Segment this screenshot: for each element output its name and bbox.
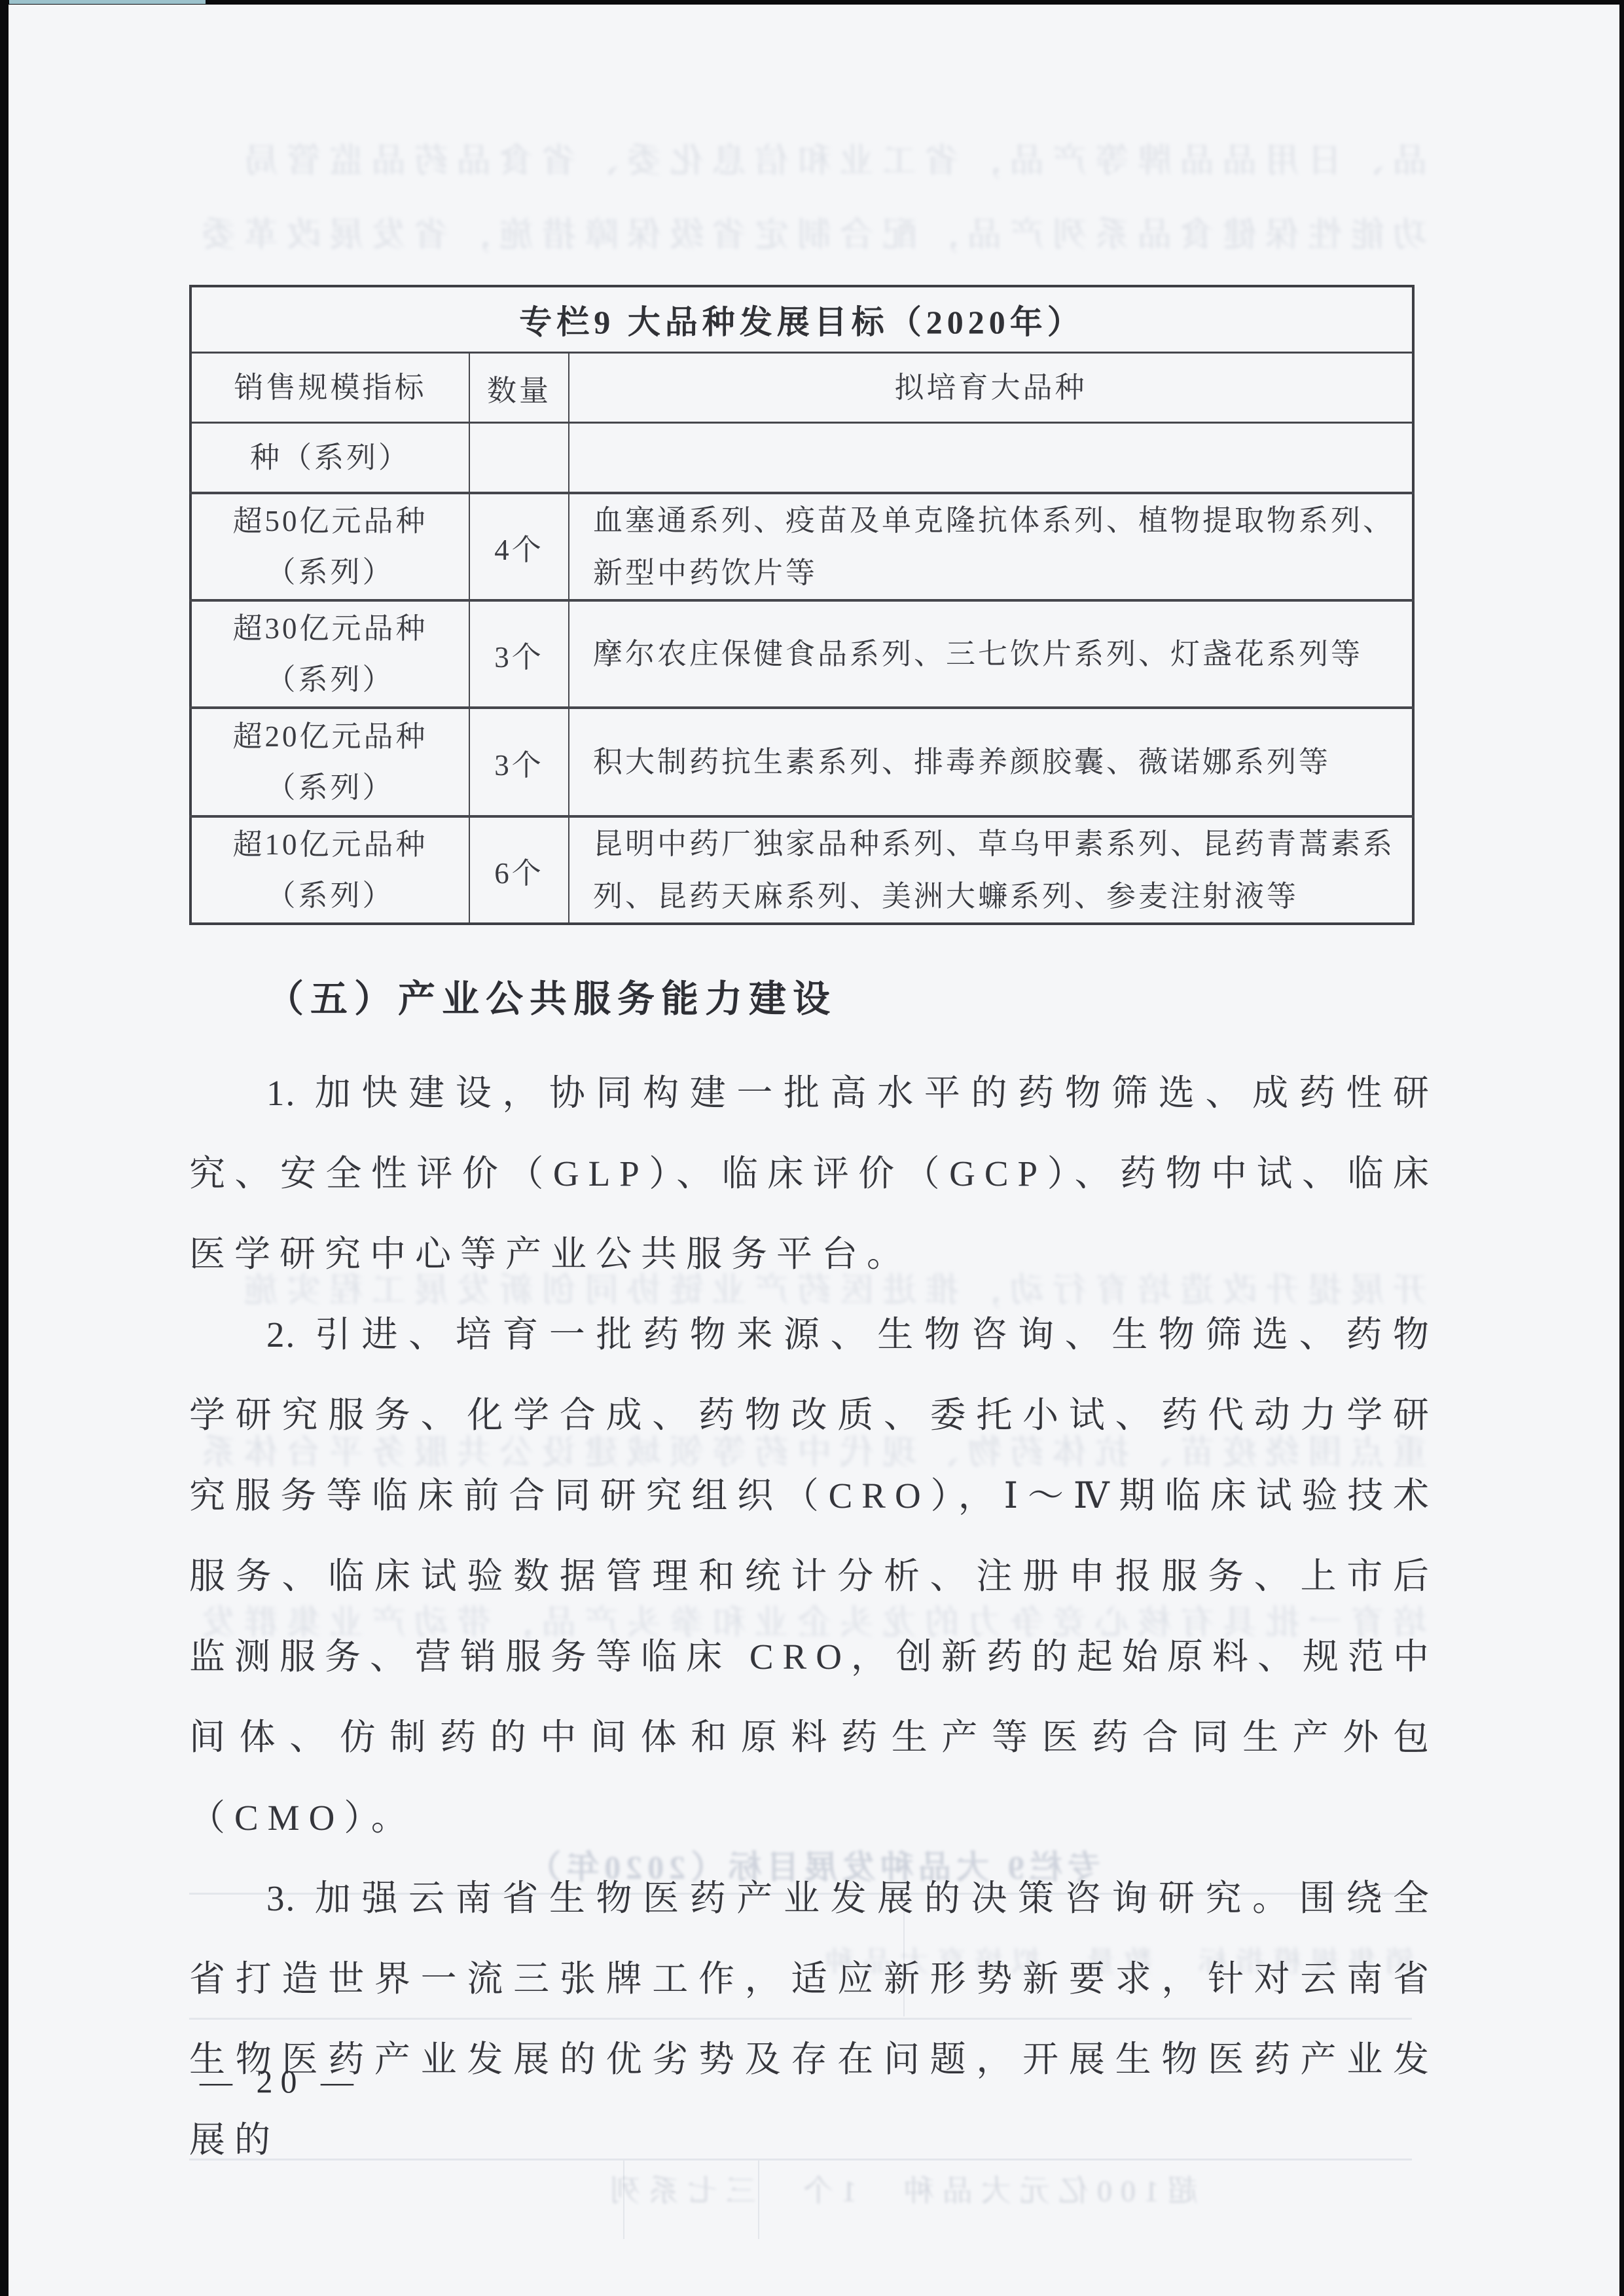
header-sales-scale-indicator: 销售规模指标: [190, 353, 469, 423]
scanned-document-page: 品、日用品品牌等产品，省工业和信息化委、省食品药品监管局 功能性保健食品系列产品…: [0, 0, 1624, 2296]
table-header-row-2: 种（系列）: [190, 423, 1413, 494]
table-row: 超10亿元品种（系列） 6个 昆明中药厂独家品种系列、草乌甲素系列、昆药青蒿素系…: [190, 816, 1413, 924]
page-number-footer: — 20 —: [200, 2062, 361, 2100]
section-heading: （五）产业公共服务能力建设: [189, 977, 1438, 1023]
paragraph-text: 加快建设，协同构建一批高水平的药物筛选、成药性研究、安全性评价（GLP）、临床评…: [189, 1073, 1438, 1274]
cell-varieties: 摩尔农庄保健食品系列、三七饮片系列、灯盏花系列等: [569, 600, 1413, 708]
header-empty-cell: [569, 423, 1413, 494]
cell-count: 3个: [469, 600, 569, 708]
header-series-label: 种（系列）: [190, 423, 469, 494]
paragraph-text: 引进、培育一批药物来源、生物咨询、生物筛选、药物学研究服务、化学合成、药物改质、…: [189, 1315, 1438, 1838]
cell-count: 4个: [469, 493, 569, 600]
paragraph-number: 2.: [266, 1315, 296, 1355]
header-varieties-to-cultivate: 拟培育大品种: [569, 353, 1413, 423]
cell-varieties: 昆明中药厂独家品种系列、草乌甲素系列、昆药青蒿素系列、昆药天麻系列、美洲大蠊系列…: [569, 816, 1413, 924]
header-quantity: 数量: [469, 353, 569, 423]
scan-edge-left: [0, 0, 9, 2296]
cell-count: 6个: [469, 816, 569, 924]
paragraph-text: 加强云南省生物医药产业发展的决策咨询研究。围绕全省打造世界一流三张牌工作，适应新…: [189, 1878, 1438, 2160]
paragraph: 3.加强云南省生物医药产业发展的决策咨询研究。围绕全省打造世界一流三张牌工作，适…: [189, 1858, 1438, 2180]
paragraph-number: 3.: [266, 1878, 296, 1918]
bleed-through-text: 功能性保健食品系列产品，配合制定省级保障措施，省发展改革委: [196, 207, 1427, 256]
table-title: 专栏9 大品种发展目标（2020年）: [190, 286, 1413, 353]
paragraph: 2.引进、培育一批药物来源、生物咨询、生物筛选、药物学研究服务、化学合成、药物改…: [189, 1294, 1438, 1858]
scan-edge-top: [0, 0, 1624, 5]
bleed-through-text: 品、日用品品牌等产品，省工业和信息化委、省食品药品监管局: [196, 133, 1427, 182]
cell-indicator: 超50亿元品种（系列）: [190, 493, 469, 600]
scan-edge-teal-strip: [9, 0, 206, 4]
paragraph-number: 1.: [266, 1073, 296, 1113]
scan-edge-right: [1619, 0, 1624, 2296]
cell-indicator: 超20亿元品种（系列）: [190, 708, 469, 816]
paragraph: 1.加快建设，协同构建一批高水平的药物筛选、成药性研究、安全性评价（GLP）、临…: [189, 1053, 1438, 1294]
development-goals-table: 专栏9 大品种发展目标（2020年） 销售规模指标 数量 拟培育大品种 种（系列…: [189, 285, 1415, 925]
table-row: 超20亿元品种（系列） 3个 积大制药抗生素系列、排毒养颜胶囊、薇诺娜系列等: [190, 708, 1413, 816]
cell-count: 3个: [469, 708, 569, 816]
header-empty-cell: [469, 423, 569, 494]
table-row: 超30亿元品种（系列） 3个 摩尔农庄保健食品系列、三七饮片系列、灯盏花系列等: [190, 600, 1413, 708]
document-body: （五）产业公共服务能力建设 1.加快建设，协同构建一批高水平的药物筛选、成药性研…: [189, 977, 1438, 2180]
cell-varieties: 血塞通系列、疫苗及单克隆抗体系列、植物提取物系列、新型中药饮片等: [569, 493, 1413, 600]
table-header-row-1: 销售规模指标 数量 拟培育大品种: [190, 353, 1413, 423]
cell-indicator: 超30亿元品种（系列）: [190, 600, 469, 708]
table-row: 超50亿元品种（系列） 4个 血塞通系列、疫苗及单克隆抗体系列、植物提取物系列、…: [190, 493, 1413, 600]
cell-varieties: 积大制药抗生素系列、排毒养颜胶囊、薇诺娜系列等: [569, 708, 1413, 816]
cell-indicator: 超10亿元品种（系列）: [190, 816, 469, 924]
table-title-row: 专栏9 大品种发展目标（2020年）: [190, 286, 1413, 353]
